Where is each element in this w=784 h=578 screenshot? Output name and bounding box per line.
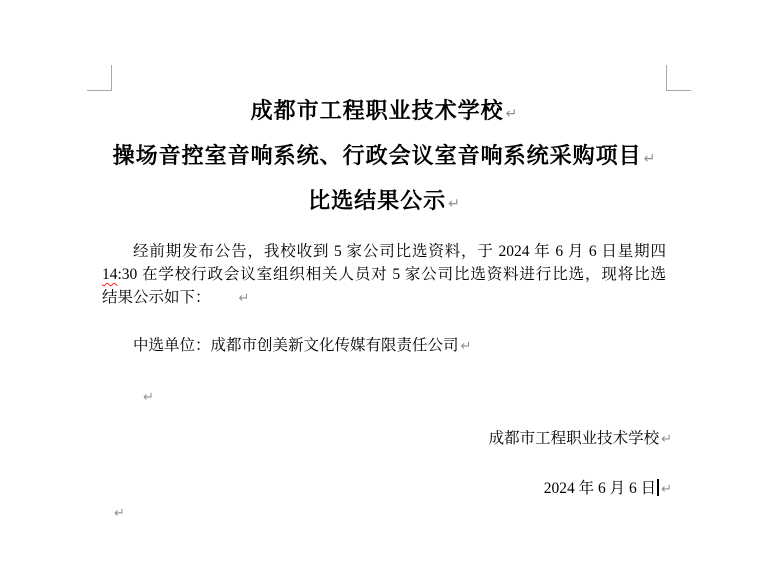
paragraph-mark-icon: ↵ xyxy=(114,506,125,521)
title-line-1-text: 成都市工程职业技术学校 xyxy=(251,98,504,123)
paragraph-mark-icon: ↵ xyxy=(448,196,460,212)
body-paragraph: 经前期发布公告，我校收到 5 家公司比选资料，于 2024 年 6 月 6 日星… xyxy=(102,240,666,310)
paragraph-mark-icon: ↵ xyxy=(143,390,154,405)
paragraph-mark-icon: ↵ xyxy=(644,151,656,167)
empty-paragraph-mark: ↵ xyxy=(141,389,154,406)
title-line-2: 操场音控室音响系统、行政会议室音响系统采购项目↵ xyxy=(102,133,666,178)
title-line-3-text: 比选结果公示 xyxy=(308,188,446,213)
signature-line: 成都市工程职业技术学校↵ xyxy=(102,429,672,450)
body-line-3: 结果公示如下：↵ xyxy=(102,286,666,310)
body-line-2: 14:30 在学校行政会议室组织相关人员对 5 家公司比选资料进行比选，现将比选 xyxy=(102,263,666,286)
spellcheck-flagged-text: 14 xyxy=(102,266,118,283)
title-line-1: 成都市工程职业技术学校↵ xyxy=(102,88,666,133)
text-cursor xyxy=(657,479,659,496)
text-boundary-corner-top-right xyxy=(666,65,691,91)
date-line: 2024 年 6 月 6 日↵ xyxy=(102,479,672,500)
winner-line: 中选单位：成都市创美新文化传媒有限责任公司↵ xyxy=(102,334,697,358)
title-line-2-text: 操场音控室音响系统、行政会议室音响系统采购项目 xyxy=(113,143,642,168)
paragraph-mark-icon: ↵ xyxy=(506,106,518,122)
paragraph-mark-icon: ↵ xyxy=(239,291,250,306)
title-line-3: 比选结果公示↵ xyxy=(102,178,666,223)
empty-paragraph-mark: ↵ xyxy=(112,505,125,522)
body-line-1: 经前期发布公告，我校收到 5 家公司比选资料，于 2024 年 6 月 6 日星… xyxy=(102,240,666,263)
document-page[interactable]: 成都市工程职业技术学校↵ 操场音控室音响系统、行政会议室音响系统采购项目↵ 比选… xyxy=(0,0,784,578)
paragraph-mark-icon: ↵ xyxy=(461,339,472,354)
paragraph-mark-icon: ↵ xyxy=(661,432,672,447)
paragraph-mark-icon: ↵ xyxy=(661,482,672,497)
document-title: 成都市工程职业技术学校↵ 操场音控室音响系统、行政会议室音响系统采购项目↵ 比选… xyxy=(102,88,666,223)
